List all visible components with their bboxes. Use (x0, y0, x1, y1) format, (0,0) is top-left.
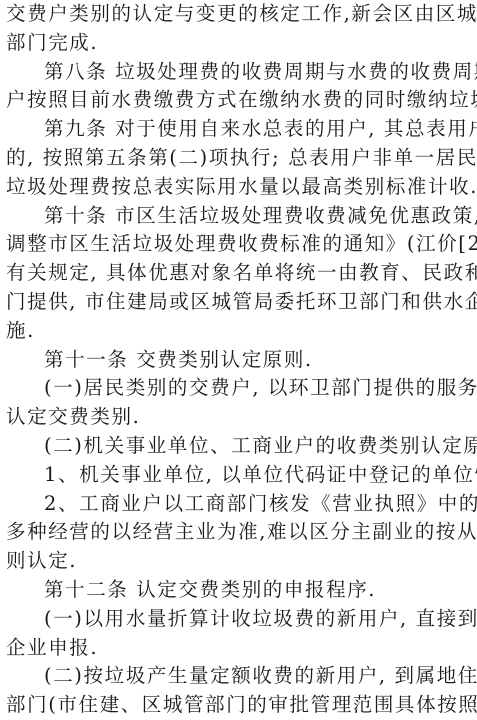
text-line: 门提供, 市住建局或区城管局委托环卫部门和供水企业核实后实 (0, 288, 477, 317)
text-line: 的, 按照第五条第(二)项执行; 总表用户非单一居民用水的, 其 (0, 144, 477, 173)
text-line: (一)以用水量折算计收垃圾费的新用户, 直接到相关供水 (0, 605, 477, 634)
text-line: 第十条 市区生活垃圾处理费收费减免优惠政策, 执行《关于 (0, 202, 477, 231)
text-line: 交费户类别的认定与变更的核定工作,新会区由区城管局协调环卫 (0, 0, 477, 29)
text-line: 第十二条 认定交费类别的申报程序. (0, 576, 477, 605)
text-line: (一)居民类别的交费户, 以环卫部门提供的服务项目为基础 (0, 374, 477, 403)
text-line: 调整市区生活垃圾处理费收费标准的通知》(江价[2010]199 号) (0, 230, 477, 259)
text-line: 户按照目前水费缴费方式在缴纳水费的同时缴纳垃圾处理费. (0, 86, 477, 115)
text-line: 施. (0, 317, 477, 346)
text-line: 1、机关事业单位, 以单位代码证中登记的单位性质为准; (0, 461, 477, 490)
text-line: 有关规定, 具体优惠对象名单将统一由教育、民政和残联等相关部 (0, 259, 477, 288)
text-line: 垃圾处理费按总表实际用水量以最高类别标准计收. (0, 173, 477, 202)
text-line: 2、工商业户以工商部门核发《营业执照》中的经营范围为准, (0, 490, 477, 519)
text-line: 则认定. (0, 547, 477, 576)
document-page: 交费户类别的认定与变更的核定工作,新会区由区城管局协调环卫部门完成.第八条 垃圾… (0, 0, 477, 720)
text-line: 认定交费类别. (0, 403, 477, 432)
text-line: 第十一条 交费类别认定原则. (0, 346, 477, 375)
text-line: 多种经营的以经营主业为准,难以区分主副业的按从高不从低的原 (0, 518, 477, 547)
text-line: (二)按垃圾产生量定额收费的新用户, 到属地住建或城管 (0, 662, 477, 691)
text-line: 第九条 对于使用自来水总表的用户, 其总表用户为居民用水 (0, 115, 477, 144)
text-line: 部门(市住建、区城管部门的审批管理范围具体按照第四条规定, (0, 691, 477, 720)
text-line: 企业申报. (0, 634, 477, 663)
text-line: 部门完成. (0, 29, 477, 58)
text-line: (二)机关事业单位、工商业户的收费类别认定原则: (0, 432, 477, 461)
text-line: 第八条 垃圾处理费的收费周期与水费的收费周期相一致. 用 (0, 58, 477, 87)
